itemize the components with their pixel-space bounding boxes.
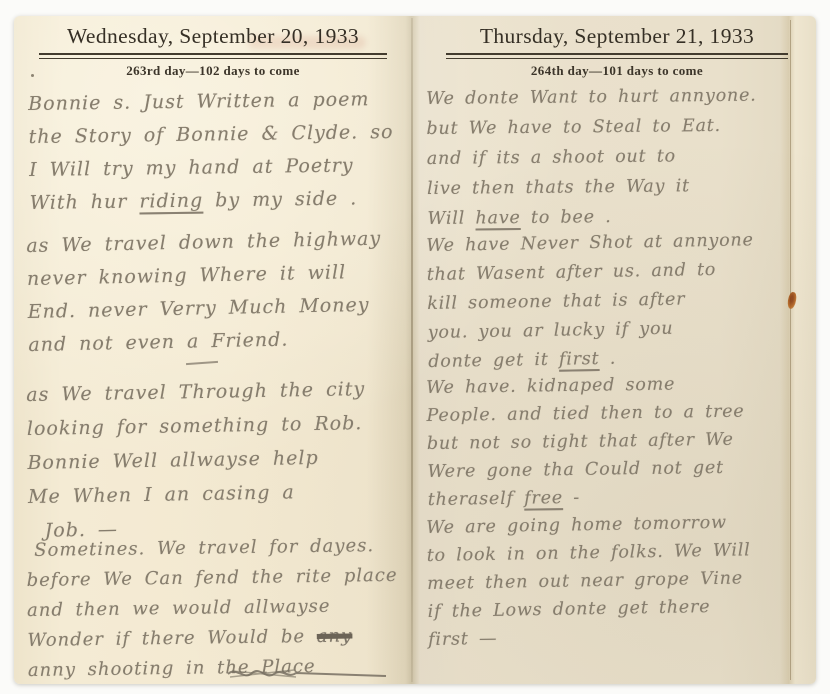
left-page-date-title: Wednesday, September 20, 1933 [28,24,398,49]
line-segment: With hur [29,190,139,214]
line-segment: theraself [428,489,525,510]
right-day-count: 264th day—101 days to come [434,63,800,79]
handwritten-line: but We have to Steal to Eat. [426,111,757,144]
underlined-word: have [475,208,520,228]
handwritten-line: before We Can fend the rite place [26,561,397,596]
handwritten-line: but not so tight that after We [427,426,745,458]
scratched-out-scribble [222,664,392,684]
line-segment: Wonder if there Would be [27,626,317,651]
right-page-header: Thursday, September 21, 1933 264th day—1… [434,24,800,79]
handwritten-line: the Story of Bonnie & Clyde. so [28,116,393,154]
handwritten-line: With hur riding by my side . [29,182,394,220]
line-segment: to bee . [521,207,612,228]
handwritten-line: first — [428,620,752,654]
left-day-count: 263rd day—102 days to come [28,63,398,79]
handwritten-line: We have. kidnaped some [426,370,744,402]
line-segment: donte get it [428,350,559,372]
handwritten-paragraph: as We travel Through the city looking fo… [26,372,368,548]
right-header-rule [446,53,788,59]
underlined-word: free [524,488,563,509]
handwritten-line: Bonnie Well allwayse help [27,440,366,480]
handwritten-line: Wonder if there Would be any [27,621,398,656]
right-page-date-title: Thursday, September 21, 1933 [434,24,800,49]
line-segment: . [599,349,616,369]
page-edge [790,20,791,680]
handwritten-paragraph: Sometines. We travel for dayes. before W… [26,531,399,686]
handwritten-line: and if its a shoot out to [427,141,758,174]
left-page-header: Wednesday, September 20, 1933 263rd day—… [28,24,398,79]
handwritten-paragraph: as We travel down the highway never know… [26,223,384,362]
handwritten-paragraph: We have Never Shot at annyone that Wasen… [426,226,756,377]
line-segment: - [563,488,580,508]
handwritten-paragraph: We are going home tomorrow to look in on… [426,508,752,654]
left-header-rule [39,53,387,59]
handwritten-line: People. and tied then to a tree [426,398,744,430]
handwritten-line: if the Lows donte get there [427,592,751,626]
diary-scan: Wednesday, September 20, 1933 263rd day—… [0,0,830,694]
underlined-word: riding [139,190,203,213]
line-segment: Will [427,208,475,229]
handwritten-paragraph: We have. kidnaped some People. and tied … [426,370,746,514]
underlined-word: first [559,349,600,370]
handwritten-paragraph: Bonnie s. Just Written a poem the Story … [28,83,395,220]
crossed-out-word: any [317,625,353,646]
handwritten-line: I Will try my hand at Poetry [29,149,394,187]
handwritten-paragraph: We donte Want to hurt annyone. but We ha… [426,81,758,234]
line-segment: by my side . [203,187,357,211]
handwritten-line: Bonnie s. Just Written a poem [28,83,393,121]
handwritten-line: live then thats the Way it [427,171,758,204]
handwritten-line: Were gone tha Could not get [427,454,745,486]
binding-gutter [411,18,413,682]
handwritten-line: We donte Want to hurt annyone. [426,81,757,114]
handwritten-line: that Wasent after us. and to [427,255,755,290]
